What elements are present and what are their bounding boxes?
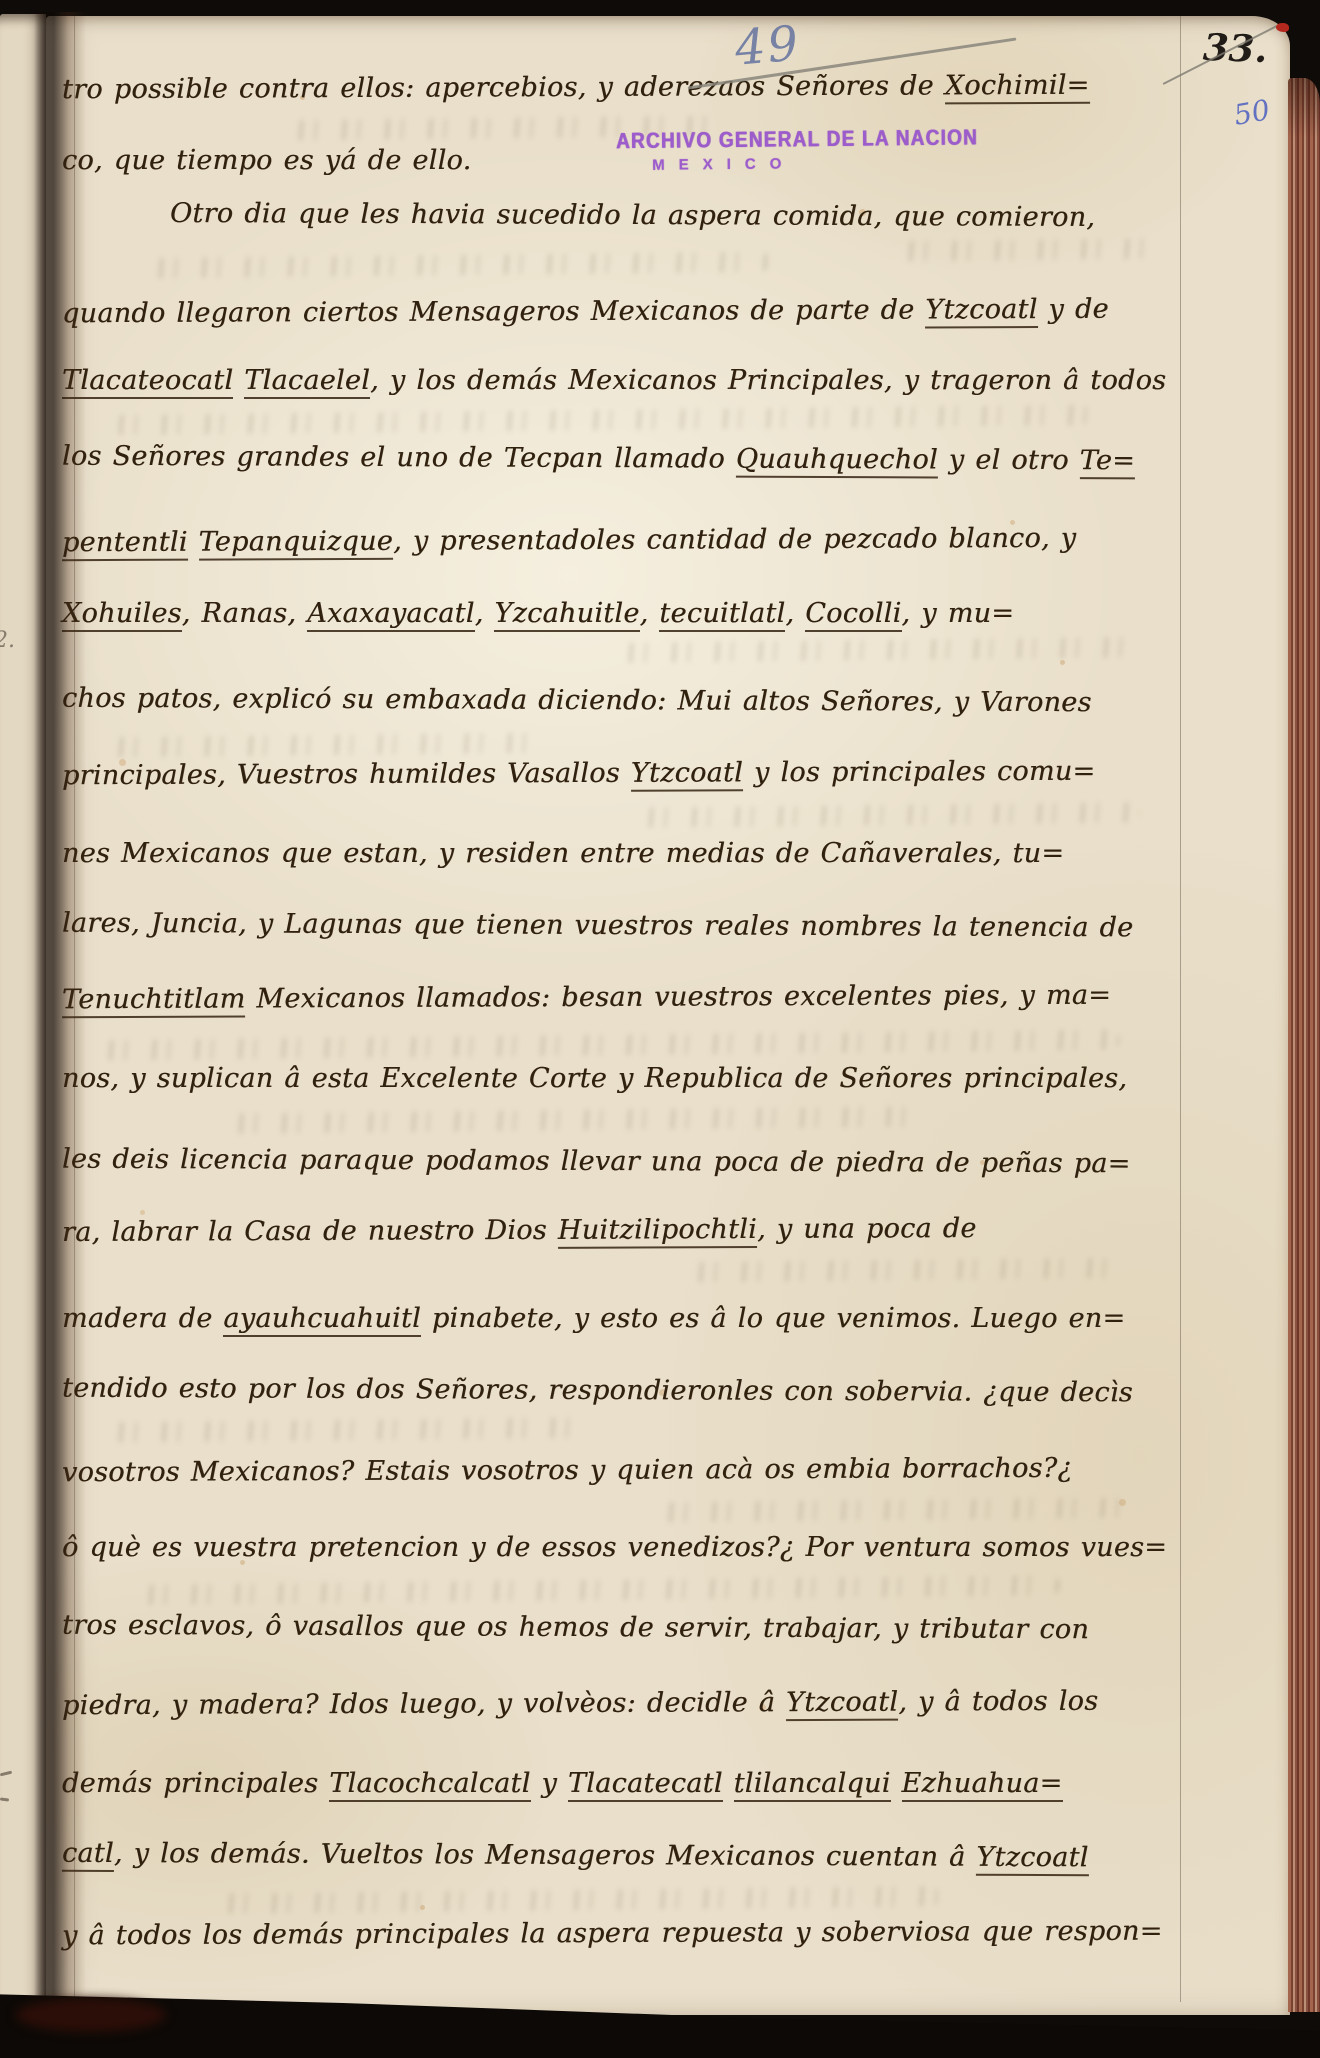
folio-number: 50 (1231, 93, 1272, 132)
handwritten-line: tro possible contra ellos: apercebios, y… (62, 70, 1090, 105)
handwritten-line: Tenuchtitlam Mexicanos llamados: besan v… (62, 980, 1111, 1016)
handwritten-line: catl, y los demás. Vueltos los Mensagero… (62, 1838, 1089, 1873)
underlined-word: Xochimil= (945, 70, 1090, 105)
underlined-word: Tlacochcalcatl (329, 1768, 530, 1802)
underlined-word: Ezhuahua= (902, 1768, 1063, 1802)
underlined-word: tecuitlatl (659, 598, 785, 632)
handwritten-line: demás principales Tlacochcalcatl y Tlaca… (62, 1768, 1063, 1799)
underlined-word: Huitzilipochtli (558, 1214, 757, 1249)
handwritten-line: Xohuiles, Ranas, Axaxayacatl, Yzcahuitle… (62, 598, 1014, 629)
handwritten-line: nes Mexicanos que estan, y residen entre… (62, 838, 1064, 869)
underlined-word: Tlacateocatl (62, 365, 233, 399)
underlined-word: Tepanquizque (199, 526, 394, 561)
underlined-word: Tlacatecatl (568, 1768, 723, 1802)
handwritten-line: principales, Vuestros humildes Vasallos … (62, 756, 1096, 792)
underlined-word: Ytzcoatl (631, 757, 743, 791)
stamp-text: ARCHIVO GENERAL DE LA NACION (616, 124, 978, 154)
handwritten-line: tros esclavos, ô vasallos que os hemos d… (62, 1610, 1089, 1645)
underlined-word: Quauhquechol (736, 444, 938, 479)
underlined-word: Xohuiles (62, 598, 182, 632)
handwritten-line: los Señores grandes el uno de Tecpan lla… (62, 441, 1135, 477)
handwritten-line: piedra, y madera? Idos luego, y volvèos:… (62, 1686, 1098, 1722)
underlined-word: Ytzcoatl (976, 1842, 1088, 1876)
handwritten-line: pententli Tepanquizque, y presentadoles … (62, 523, 1076, 558)
handwritten-line: Otro dia que les havia sucedido la asper… (170, 198, 1095, 233)
handwritten-line: vosotros Mexicanos? Estais vosotros y qu… (62, 1453, 1072, 1488)
handwritten-line: chos patos, explicó su embaxada diciendo… (62, 683, 1092, 718)
handwritten-line: lares, Juncia, y Lagunas que tienen vues… (62, 908, 1134, 944)
underlined-word: Te= (1080, 445, 1136, 479)
underlined-word: Axaxayacatl (307, 598, 475, 632)
handwritten-line: quando llegaron ciertos Mensageros Mexic… (62, 294, 1109, 330)
bottom-binding-blob (16, 1998, 166, 2032)
handwritten-line: Tlacateocatl Tlacaelel, y los demás Mexi… (62, 365, 1166, 396)
archive-stamp: ARCHIVO GENERAL DE LA NACION MEXICO (616, 124, 1037, 174)
handwritten-line: tendido esto por los dos Señores, respon… (62, 1373, 1133, 1409)
underlined-word: Tenuchtitlam (62, 983, 246, 1018)
underlined-word: Cocolli (805, 598, 901, 632)
handwritten-line: ra, labrar la Casa de nuestro Dios Huitz… (62, 1213, 977, 1248)
underlined-word: catl (62, 1838, 114, 1872)
handwritten-text-block: tro possible contra ellos: apercebios, y… (0, 0, 1320, 2058)
handwritten-line: co, que tiempo es yá de ello. (62, 145, 471, 176)
underlined-word: pententli (62, 527, 188, 562)
crossed-out-folio-number: 49 (733, 15, 803, 76)
underlined-word: Ytzcoatl (786, 1687, 898, 1721)
handwritten-line: madera de ayauhcuahuitl pinabete, y esto… (62, 1303, 1125, 1334)
red-edge-mark (1276, 23, 1289, 32)
handwritten-line: les deis licencia paraque podamos llevar… (62, 1144, 1131, 1180)
underlined-word: Ytzcoatl (925, 294, 1037, 328)
underlined-word: Yzcahuitle (494, 598, 639, 632)
manuscript-photo: { "document": { "page_number": "33.", "c… (0, 0, 1320, 2058)
handwritten-line: ô què es vuestra pretencion y de essos v… (62, 1532, 1167, 1563)
underlined-word: ayauhcuahuitl (223, 1303, 421, 1337)
underlined-word: tlilancalqui (734, 1768, 891, 1802)
underlined-word: Tlacaelel (244, 365, 370, 399)
handwritten-line: nos, y suplican â esta Excelente Corte y… (62, 1063, 1127, 1094)
margin-number: 2. (0, 628, 15, 653)
handwritten-line: y â todos los demás principales la asper… (62, 1916, 1163, 1952)
